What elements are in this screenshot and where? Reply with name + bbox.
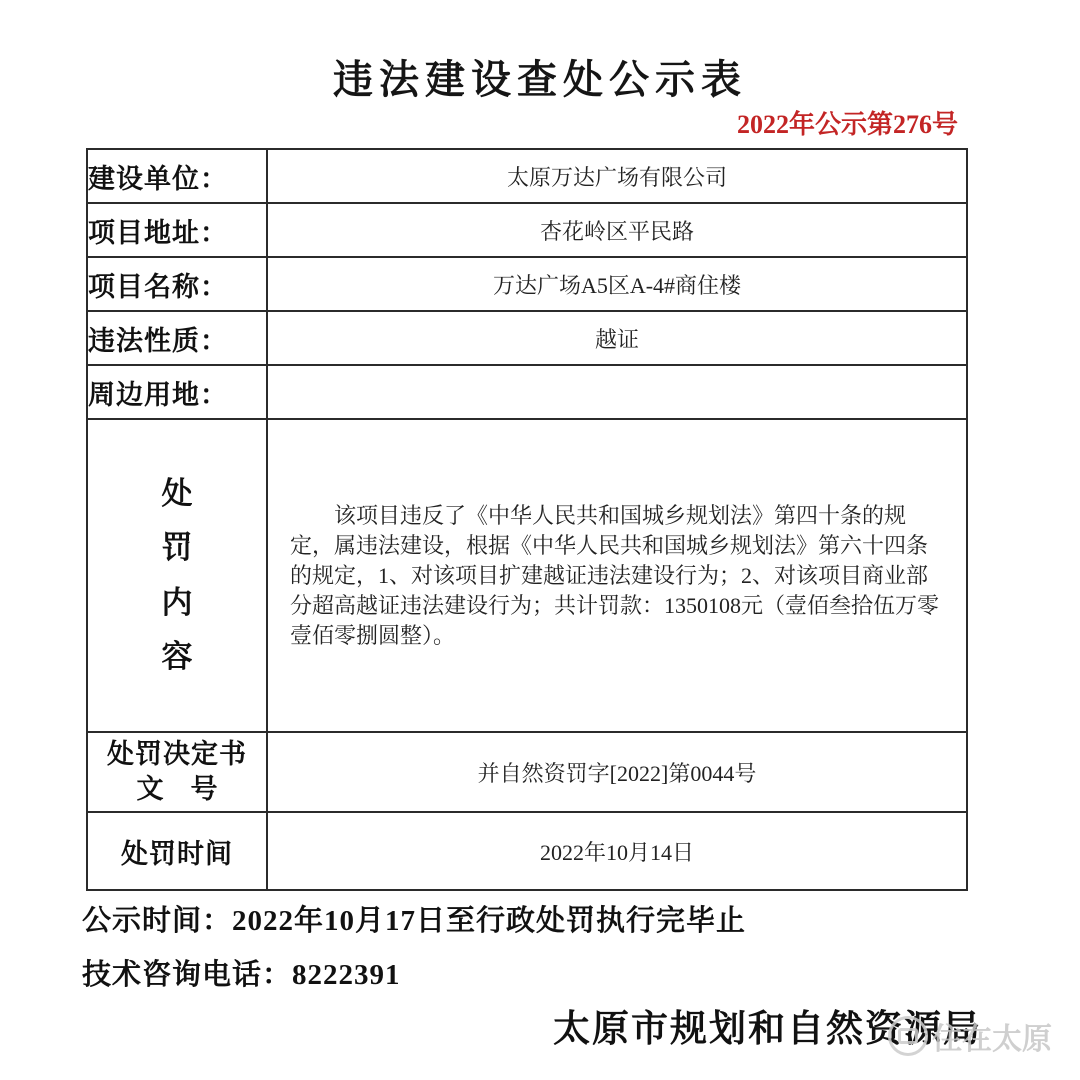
penalty-content-label: 处罚内容 (157, 467, 197, 684)
notice-table: 建设单位： 太原万达广场有限公司 项目地址： 杏花岭区平民路 项目名称： 万达广… (86, 148, 968, 891)
page-title: 违法建设查处公示表 (0, 48, 1080, 105)
row-value-construction-unit: 太原万达广场有限公司 (267, 149, 967, 203)
row-value-project-name: 万达广场A5区A-4#商住楼 (267, 257, 967, 311)
consult-phone-text: 技术咨询电话：8222391 (82, 952, 401, 993)
table-row: 建设单位： 太原万达广场有限公司 (87, 149, 967, 203)
publicity-period-text: 公示时间：2022年10月17日至行政处罚执行完毕止 (82, 898, 746, 939)
penalty-content-text: 该项目违反了《中华人民共和国城乡规划法》第四十条的规定，属违法建设，根据《中华人… (268, 501, 966, 651)
table-row: 项目名称： 万达广场A5区A-4#商住楼 (87, 257, 967, 311)
penalty-time-label: 处罚时间 (87, 812, 267, 890)
decision-number-label-line2: 文 号 (88, 772, 266, 807)
row-value-project-address: 杏花岭区平民路 (267, 203, 967, 257)
table-row: 项目地址： 杏花岭区平民路 (87, 203, 967, 257)
row-label-project-address: 项目地址： (87, 203, 267, 257)
table-row-penalty-content: 处罚内容 该项目违反了《中华人民共和国城乡规划法》第四十条的规定，属违法建设，根… (87, 419, 967, 732)
table-row-penalty-time: 处罚时间 2022年10月14日 (87, 812, 967, 890)
decision-number-label-line1: 处罚决定书 (88, 737, 266, 772)
penalty-time-value: 2022年10月14日 (267, 812, 967, 890)
table-row-decision-number: 处罚决定书 文 号 并自然资罚字[2022]第0044号 (87, 732, 967, 812)
table-row: 违法性质： 越证 (87, 311, 967, 365)
row-label-violation-nature: 违法性质： (87, 311, 267, 365)
row-value-violation-nature: 越证 (267, 311, 967, 365)
penalty-content-value-cell: 该项目违反了《中华人民共和国城乡规划法》第四十条的规定，属违法建设，根据《中华人… (267, 419, 967, 732)
row-label-project-name: 项目名称： (87, 257, 267, 311)
decision-number-label: 处罚决定书 文 号 (87, 732, 267, 812)
row-value-surrounding-land (267, 365, 967, 419)
penalty-content-label-cell: 处罚内容 (87, 419, 267, 732)
table-row: 周边用地： (87, 365, 967, 419)
notice-page: 违法建设查处公示表 2022年公示第276号 建设单位： 太原万达广场有限公司 … (0, 0, 1080, 1080)
row-label-construction-unit: 建设单位： (87, 149, 267, 203)
doc-number: 2022年公示第276号 (0, 104, 1080, 141)
agency-name: 太原市规划和自然资源局 (553, 998, 982, 1052)
decision-number-value: 并自然资罚字[2022]第0044号 (267, 732, 967, 812)
row-label-surrounding-land: 周边用地： (87, 365, 267, 419)
